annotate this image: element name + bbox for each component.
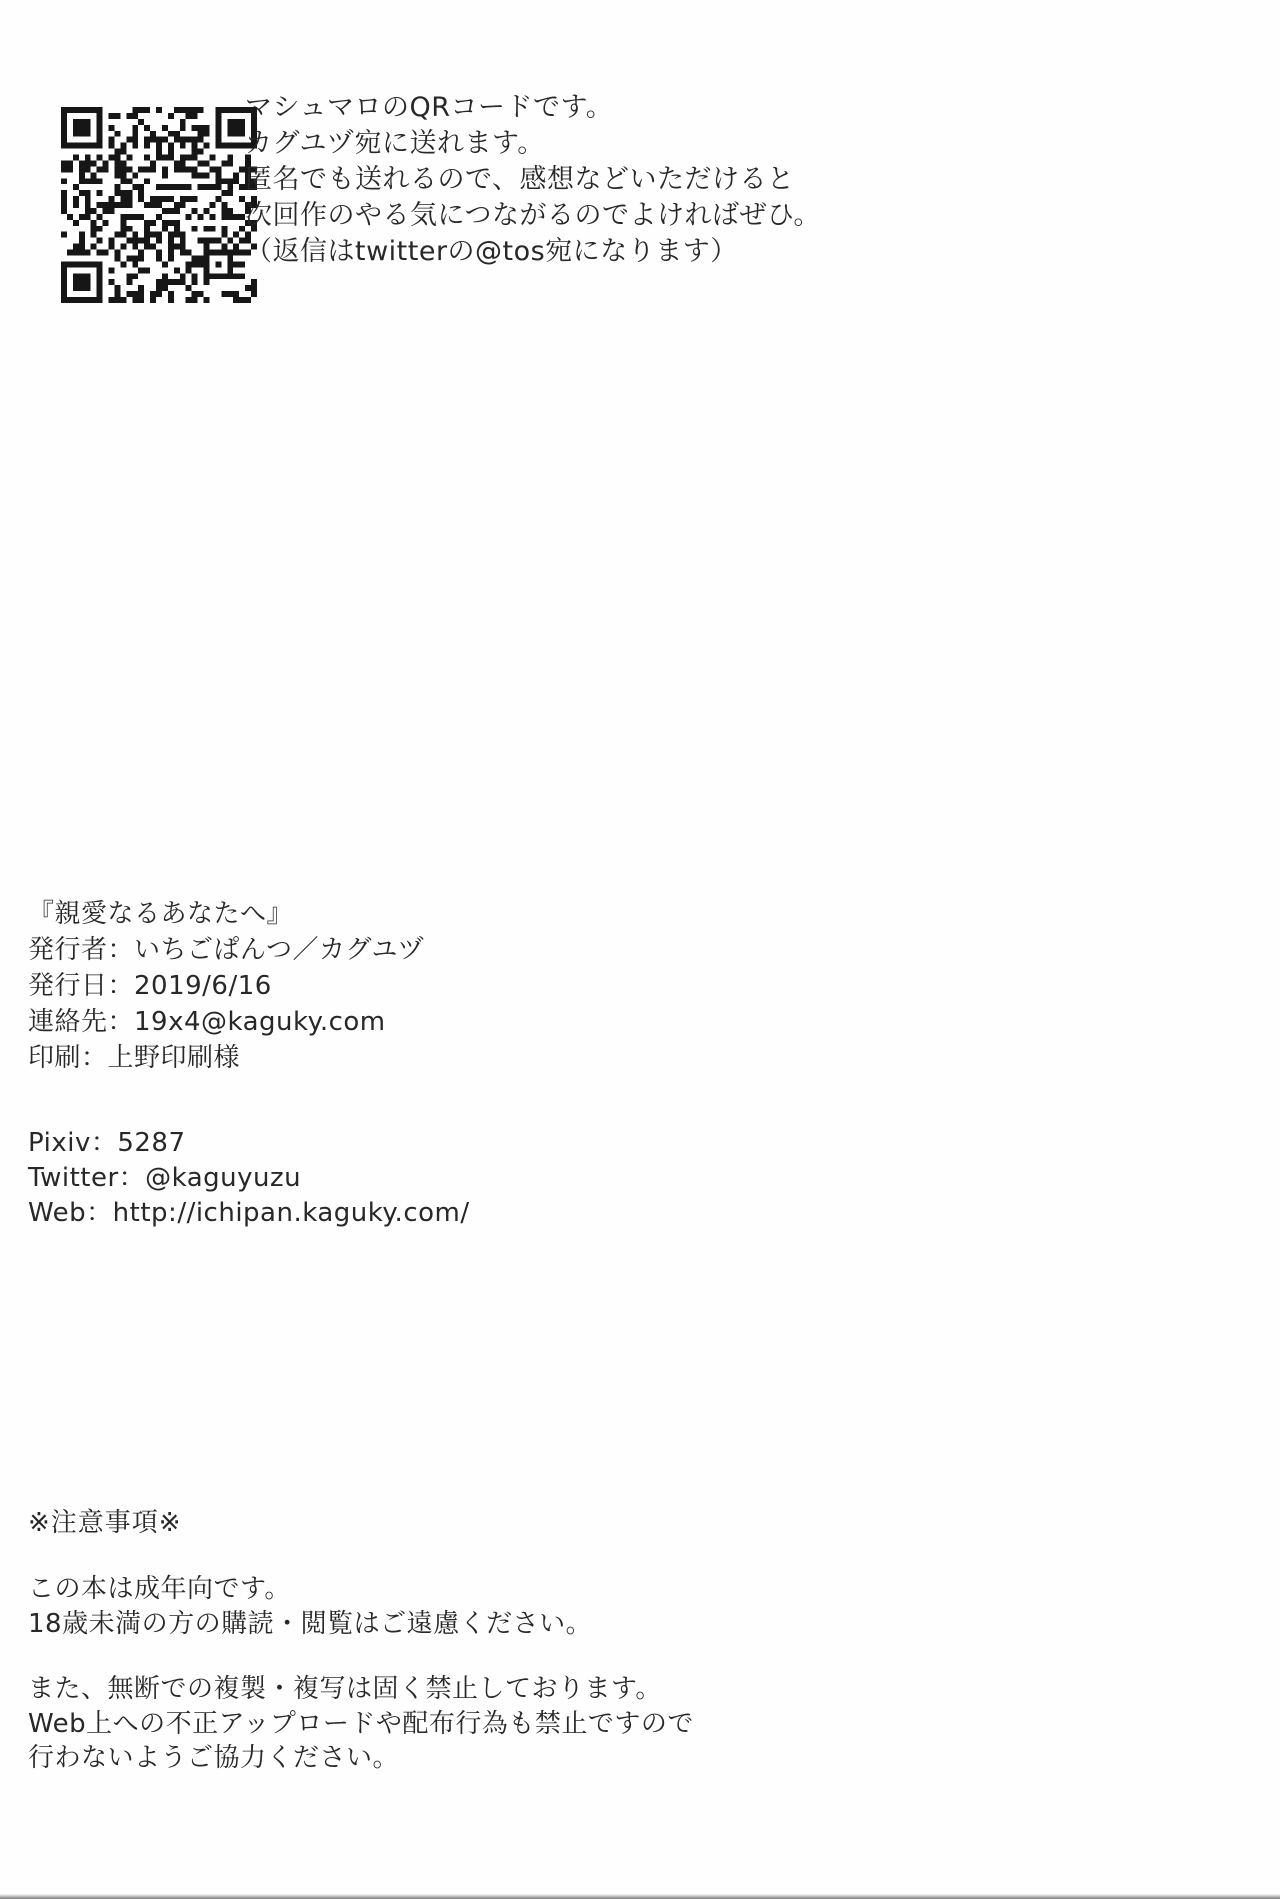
qr-note-text: マシュマロのQRコードです。 カグユヅ宛に送れます。 匿名でも送れるので、感想な… — [245, 90, 821, 270]
qr-note-line: 次回作のやる気につながるのでよければぜひ。 — [245, 198, 821, 234]
publish-date-line: 発行日：2019/6/16 — [28, 968, 424, 1004]
publisher-line: 発行者：いちごぱんつ／カグユヅ — [28, 932, 424, 968]
qr-note-line: 匿名でも送れるので、感想などいただけると — [245, 162, 821, 198]
notice-line: Web上への不正アップロードや配布行為も禁止ですので — [28, 1707, 694, 1742]
qr-note-line: （返信はtwitterの@tos宛になります） — [245, 234, 821, 270]
scan-bottom-edge — [0, 1894, 1280, 1899]
notice-line: また、無断での複製・複写は固く禁止しております。 — [28, 1672, 694, 1707]
qr-code-image — [61, 107, 257, 303]
scanned-colophon-page: マシュマロのQRコードです。 カグユヅ宛に送れます。 匿名でも送れるので、感想な… — [0, 0, 1280, 1899]
twitter-handle-line: Twitter：@kaguyuzu — [28, 1161, 470, 1196]
links-section: Pixiv：5287 Twitter：@kaguyuzu Web：http://… — [28, 1126, 470, 1231]
notice-copy-prohibition: また、無断での複製・複写は固く禁止しております。 Web上への不正アップロードや… — [28, 1672, 694, 1776]
website-url-line: Web：http://ichipan.kaguky.com/ — [28, 1196, 470, 1231]
colophon-section: 『親愛なるあなたへ』 発行者：いちごぱんつ／カグユヅ 発行日：2019/6/16… — [28, 896, 424, 1076]
notice-line: 行わないようご協力ください。 — [28, 1741, 694, 1776]
notice-line: 18歳未満の方の購読・閲覧はご遠慮ください。 — [28, 1607, 592, 1642]
notice-age-restriction: この本は成年向です。 18歳未満の方の購読・閲覧はご遠慮ください。 — [28, 1572, 592, 1641]
qr-note-line: マシュマロのQRコードです。 — [245, 90, 821, 126]
printer-line: 印刷：上野印刷様 — [28, 1040, 424, 1076]
contact-email-line: 連絡先：19x4@kaguky.com — [28, 1004, 424, 1040]
qr-note-line: カグユヅ宛に送れます。 — [245, 126, 821, 162]
notice-header: ※注意事項※ — [28, 1502, 182, 1539]
notice-line: この本は成年向です。 — [28, 1572, 592, 1607]
pixiv-id-line: Pixiv：5287 — [28, 1126, 470, 1161]
marshmallow-qr-code — [61, 107, 257, 303]
book-title: 『親愛なるあなたへ』 — [28, 896, 424, 932]
